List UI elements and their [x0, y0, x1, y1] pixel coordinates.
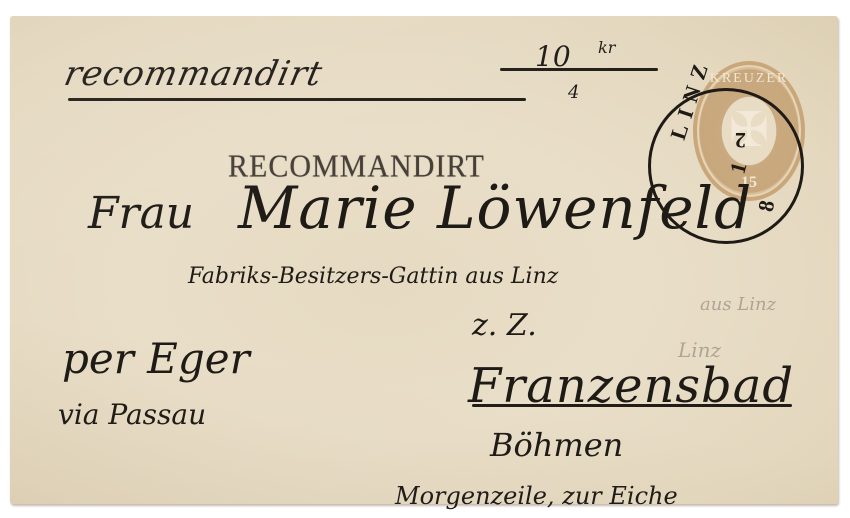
routing-per-eger: per Eger [62, 334, 250, 383]
destination-region: Böhmen [490, 426, 623, 464]
manuscript-registration-endorsement: recommandirt [61, 54, 327, 94]
fee-strike-line [500, 68, 658, 71]
pencil-note: aus Linz [700, 294, 776, 315]
postmark-hour: 8 [753, 198, 781, 213]
destination-street: Morgenzeile, zur Eiche [395, 482, 678, 510]
city-underline [472, 404, 792, 407]
addressee-occupation: Fabriks-Besitzers-Gattin aus Linz [188, 264, 558, 289]
endorsement-underline [68, 98, 526, 101]
fee-unit: kr [598, 38, 615, 57]
pencil-note: Linz [678, 338, 721, 362]
routing-via-passau: via Passau [58, 398, 206, 431]
addressee-title: Frau [88, 188, 194, 239]
addressee-name: Marie Löwenfeld [238, 174, 752, 242]
postmark-town: LINZ [665, 53, 716, 143]
struck-fee-value: 4 [568, 82, 579, 103]
postal-cover: recommandirt 10 kr 4 RECOMMANDIRT KREUZE… [10, 16, 838, 504]
postmark-day: 2 [735, 127, 746, 153]
zur-zeit-abbreviation: z. Z. [472, 308, 537, 343]
